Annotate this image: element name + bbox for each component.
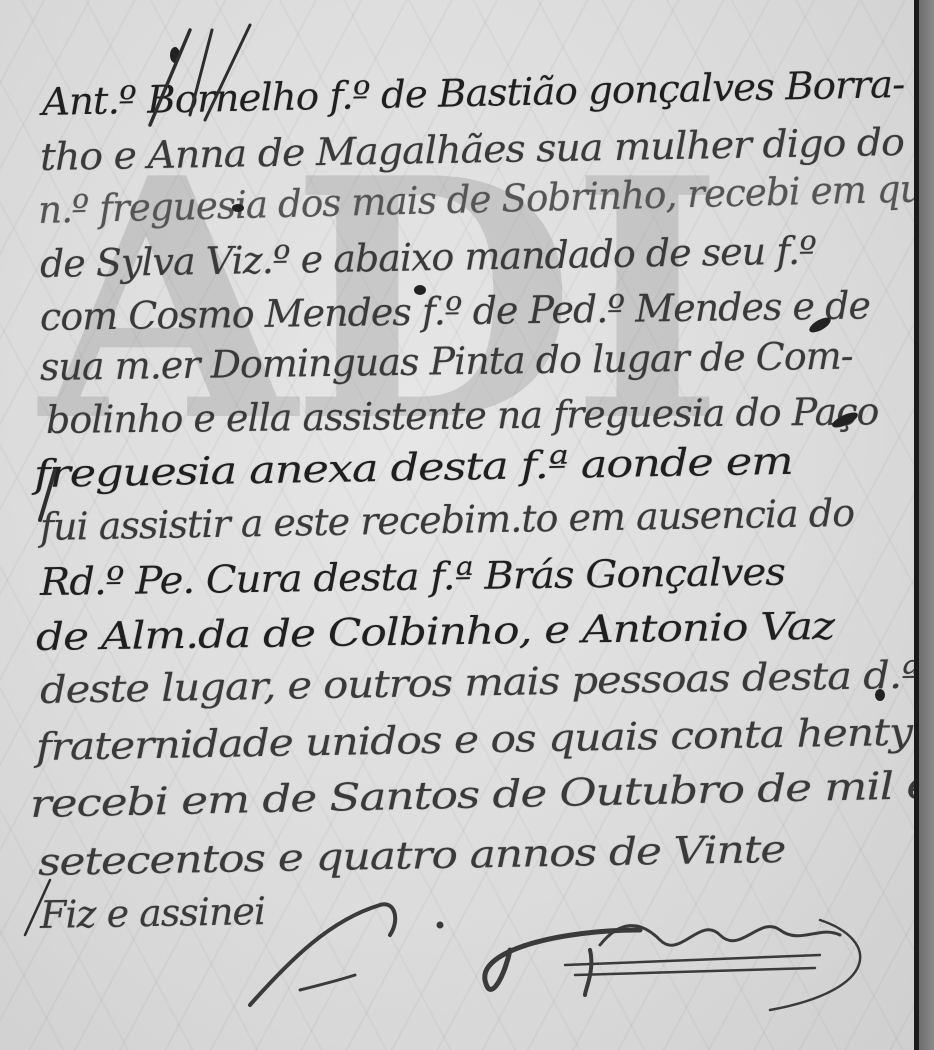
manuscript-line-16: Fiz e assinei [40, 889, 266, 937]
manuscript-page: ADI Ant.º Bornelho f.º de Bastião gonçal… [0, 0, 914, 1050]
scan-border-strip [919, 0, 934, 1050]
manuscript-line-7: bolinho e ella assistente na freguesia d… [46, 389, 879, 442]
